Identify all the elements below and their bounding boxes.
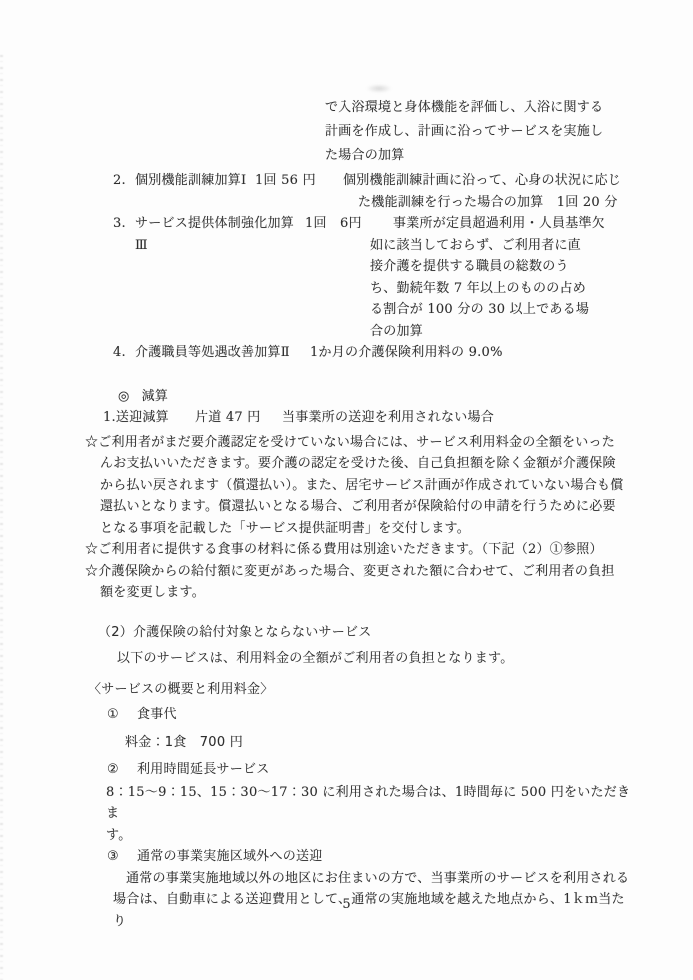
gensan-item-price: 片道 47 円 bbox=[195, 407, 282, 429]
description-line: 如に該当しておらず、ご利用者に直 bbox=[370, 235, 635, 257]
item-description: 個別機能訓練計画に沿って、心身の状況に応じ た機能訓練を行った場合の加算 1回 … bbox=[343, 170, 635, 213]
fee-item-shoguu-kaizen: 4. 介護職員等処遇改善加算Ⅱ 1か月の介護保険利用料の 9.0% bbox=[113, 342, 635, 364]
note-line: んお支払いいただきます。要介護の認定を受けた後、自己負担額を除く金額が介護保険 bbox=[85, 453, 635, 475]
item-price: 1回 6円 bbox=[305, 213, 370, 235]
continuation-line: た場合の加算 bbox=[325, 144, 635, 168]
item-price: 1回 56 円 bbox=[255, 170, 343, 192]
circled-2-icon: ② bbox=[107, 759, 137, 781]
note-line: から払い戻されます（償還払い）。また、居宅サービス計画が作成されていない場合も償 bbox=[85, 475, 635, 497]
note-line: 額を変更します。 bbox=[85, 582, 635, 604]
star-icon: ☆ bbox=[85, 435, 98, 450]
gensan-item-label: 1.送迎減算 bbox=[103, 407, 195, 429]
service-item-title: 食事代 bbox=[137, 704, 177, 726]
circled-1-icon: ① bbox=[107, 704, 137, 726]
description-line: 事業所が定員超過利用・人員基準欠 bbox=[393, 213, 635, 235]
item-number: 4. bbox=[113, 342, 135, 364]
notes-block: ☆ご利用者がまだ要介護認定を受けていない場合には、サービス利用料金の全額をいった… bbox=[85, 432, 635, 604]
item-number: 2. bbox=[113, 170, 135, 192]
double-circle-icon: ◎ bbox=[118, 389, 130, 404]
continuation-line: で入浴環境と身体機能を評価し、入浴に関する bbox=[325, 96, 635, 120]
section2-heading: （2）介護保険の給付対象とならないサービス bbox=[98, 622, 635, 644]
service-item-meal-title: ① 食事代 bbox=[107, 704, 635, 726]
star-icon: ☆ bbox=[85, 542, 98, 557]
note-line: となる事項を記載した「サービス提供証明書」を交付します。 bbox=[85, 518, 635, 540]
meal-price-line: 料金：1食 700 円 bbox=[125, 732, 635, 754]
document-page: で入浴環境と身体機能を評価し、入浴に関する 計画を作成し、計画に沿ってサービスを… bbox=[0, 0, 693, 980]
description-line: た機能訓練を行った場合の加算 1回 20 分 bbox=[358, 192, 635, 214]
service-item-title: 通常の事業実施区域外への送迎 bbox=[137, 846, 323, 868]
gensan-item-sougei: 1.送迎減算 片道 47 円 当事業所の送迎を利用されない場合 bbox=[103, 407, 635, 429]
note-line: ☆ご利用者に提供する食事の材料に係る費用は別途いただきます。（下記（2）①参照） bbox=[85, 539, 635, 561]
description-line: 合の加算 bbox=[370, 321, 635, 343]
section2-intro: 以下のサービスは、利用料金の全額がご利用者の負担となります。 bbox=[117, 648, 635, 670]
extension-line: 8：15〜9：15、15：30〜17：30 に利用された場合は、1時間毎に 50… bbox=[106, 782, 635, 825]
area-transport-line: 通常の事業実施地域以外の地区にお住まいの方で、当事業所のサービスを利用される bbox=[126, 868, 635, 890]
fee-item-teikyou-taisei: 3. サービス提供体制強化加算Ⅲ 1回 6円 事業所が定員超過利用・人員基準欠 … bbox=[113, 213, 635, 342]
note-line: 還払いとなります。償還払いとなる場合、ご利用者が保険給付の申請を行うために必要 bbox=[85, 496, 635, 518]
circled-3-icon: ③ bbox=[107, 846, 137, 868]
continuation-line: 計画を作成し、計画に沿ってサービスを実施し bbox=[325, 120, 635, 144]
page-number: 5 bbox=[0, 897, 693, 912]
description-line: ち、勤続年数 7 年以上のものの占め bbox=[370, 278, 635, 300]
description-line: 個別機能訓練計画に沿って、心身の状況に応じ bbox=[343, 170, 635, 192]
extension-line: す。 bbox=[106, 825, 635, 847]
service-item-area-title: ③ 通常の事業実施区域外への送迎 bbox=[107, 846, 635, 868]
item-name: サービス提供体制強化加算Ⅲ bbox=[135, 213, 305, 256]
note-line: ☆介護保険からの給付額に変更があった場合、変更された額に合わせて、ご利用者の負担 bbox=[85, 561, 635, 583]
description-line: 接介護を提供する職員の総数のう bbox=[370, 256, 635, 278]
service-item-extension-title: ② 利用時間延長サービス bbox=[107, 759, 635, 781]
description-line: る割合が 100 分の 30 以上である場 bbox=[370, 299, 635, 321]
note-meal-cost: ☆ご利用者に提供する食事の材料に係る費用は別途いただきます。（下記（2）①参照） bbox=[85, 539, 635, 561]
note-line: ☆ご利用者がまだ要介護認定を受けていない場合には、サービス利用料金の全額をいった bbox=[85, 432, 635, 454]
star-icon: ☆ bbox=[85, 564, 98, 579]
item1-description-continuation: で入浴環境と身体機能を評価し、入浴に関する 計画を作成し、計画に沿ってサービスを… bbox=[325, 96, 635, 168]
item-description: 事業所が定員超過利用・人員基準欠 如に該当しておらず、ご利用者に直 接介護を提供… bbox=[370, 213, 635, 342]
gensan-heading: ◎減算 bbox=[118, 386, 635, 408]
gensan-heading-label: 減算 bbox=[142, 389, 169, 404]
item-number: 3. bbox=[113, 213, 135, 235]
note-benefit-change: ☆介護保険からの給付額に変更があった場合、変更された額に合わせて、ご利用者の負担… bbox=[85, 561, 635, 604]
section2-subheading: 〈サービスの概要と利用料金〉 bbox=[88, 679, 635, 701]
fee-item-kobetsu-kinou: 2. 個別機能訓練加算Ⅰ 1回 56 円 個別機能訓練計画に沿って、心身の状況に… bbox=[113, 170, 635, 213]
page-content: で入浴環境と身体機能を評価し、入浴に関する 計画を作成し、計画に沿ってサービスを… bbox=[0, 0, 693, 932]
item-value: 1か月の介護保険利用料の 9.0% bbox=[310, 342, 635, 364]
gensan-item-description: 当事業所の送迎を利用されない場合 bbox=[282, 407, 494, 429]
item-name: 個別機能訓練加算Ⅰ bbox=[135, 170, 255, 192]
note-payment: ☆ご利用者がまだ要介護認定を受けていない場合には、サービス利用料金の全額をいった… bbox=[85, 432, 635, 540]
item-name: 介護職員等処遇改善加算Ⅱ bbox=[135, 342, 310, 364]
service-item-title: 利用時間延長サービス bbox=[137, 759, 270, 781]
